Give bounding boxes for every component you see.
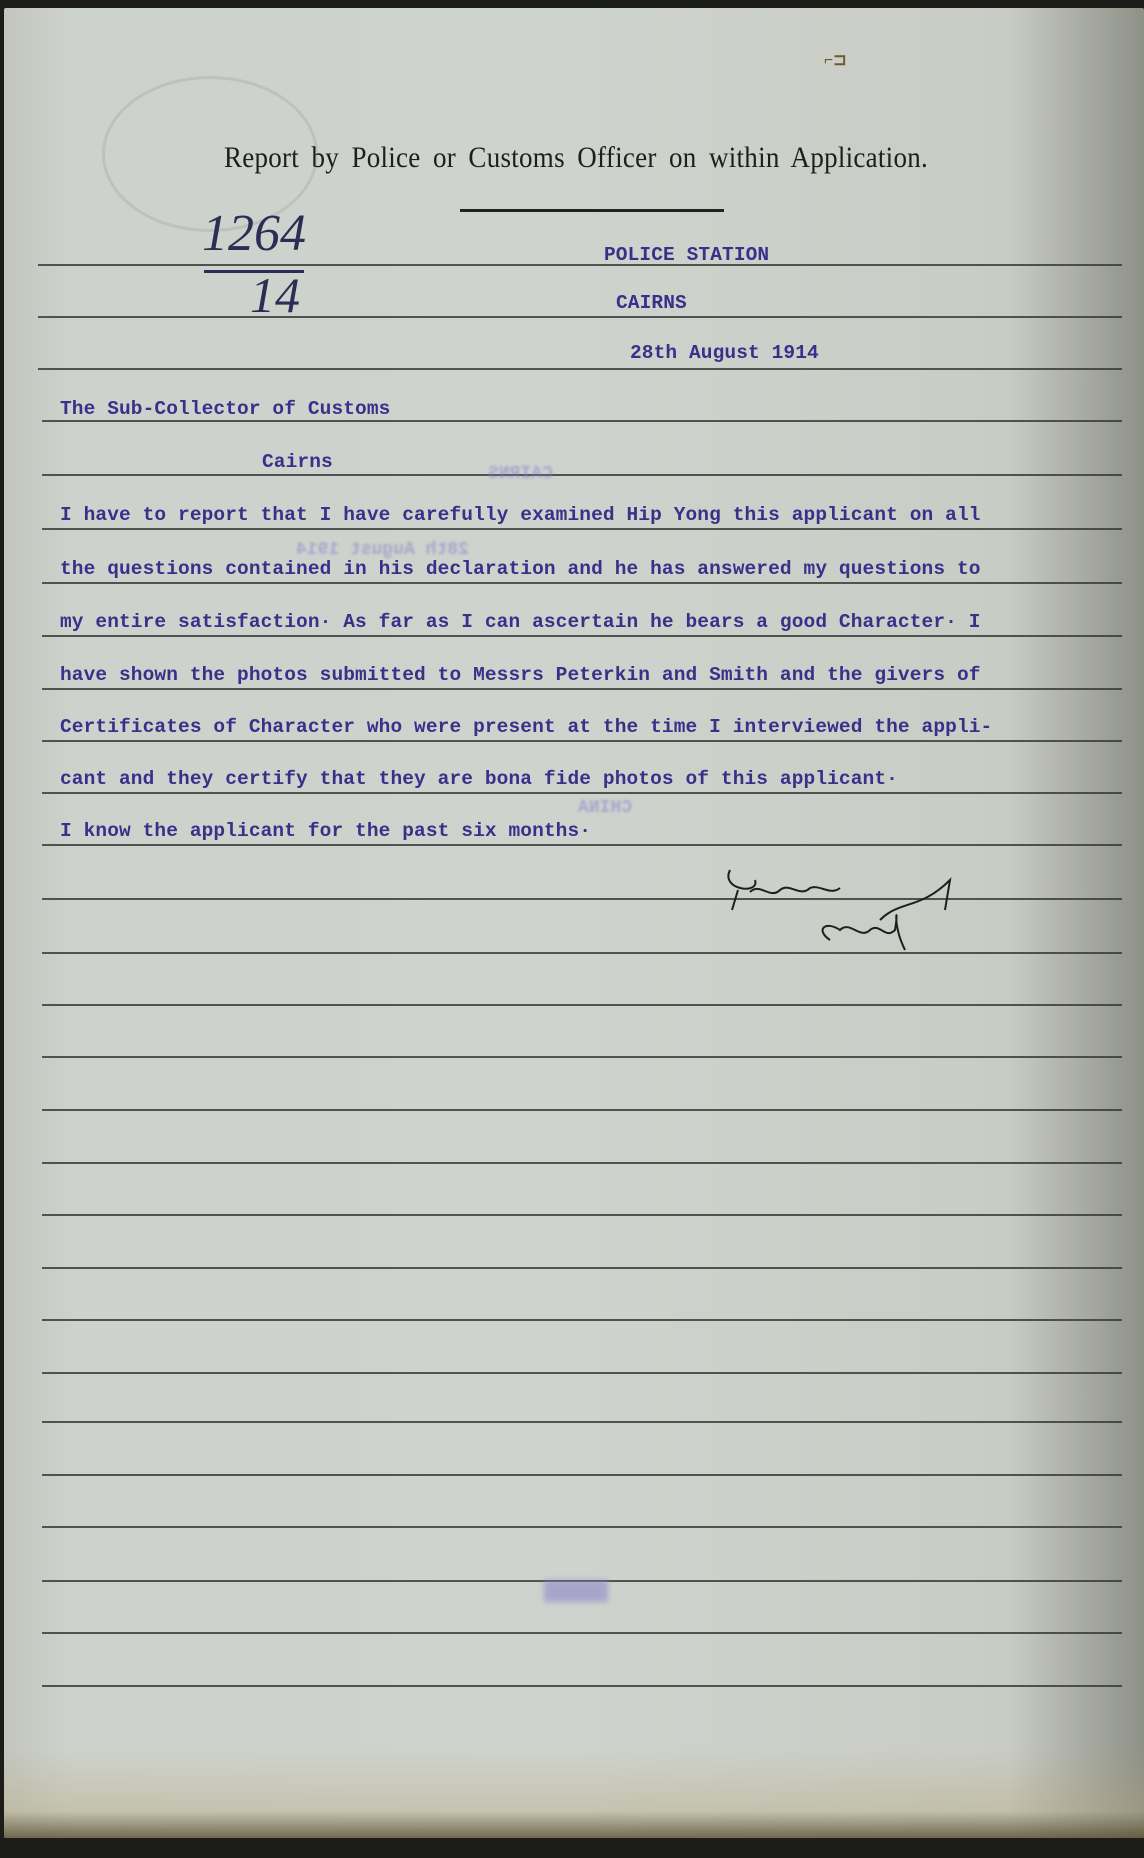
offset-ghost-china: CHINA xyxy=(578,798,632,818)
body-line-4: have shown the photos submitted to Messr… xyxy=(60,664,981,686)
ruled-line xyxy=(42,1526,1122,1528)
ruled-line xyxy=(42,1474,1122,1476)
ruled-line xyxy=(42,844,1122,846)
ruled-line xyxy=(38,368,1122,370)
document-page: ⌐⊐ Report by Police or Customs Officer o… xyxy=(4,8,1144,1838)
ruled-line xyxy=(42,1109,1122,1111)
form-title: Report by Police or Customs Officer on w… xyxy=(61,141,1091,175)
ruled-line xyxy=(42,1267,1122,1269)
ruled-line xyxy=(42,1685,1122,1687)
ruled-line xyxy=(42,1632,1122,1634)
body-line-7: I know the applicant for the past six mo… xyxy=(60,820,591,842)
ruled-line xyxy=(42,1214,1122,1216)
officer-signature: G Hawkes Actg Sgt xyxy=(720,860,970,960)
ruled-line xyxy=(42,1162,1122,1164)
body-line-3: my entire satisfaction· As far as I can … xyxy=(60,611,981,633)
body-line-5: Certificates of Character who were prese… xyxy=(60,716,992,738)
body-line-6: cant and they certify that they are bona… xyxy=(60,768,898,790)
ruled-line xyxy=(42,420,1122,422)
ruled-line xyxy=(42,688,1122,690)
ruled-line xyxy=(42,474,1122,476)
addressee-line-2: Cairns xyxy=(262,451,333,473)
offset-ghost-date: 28th August 1914 xyxy=(296,540,469,560)
offset-ink-smudge xyxy=(544,1580,608,1602)
ruled-line xyxy=(42,528,1122,530)
offset-ghost-cairns: CAIRNS xyxy=(488,464,553,484)
ruled-line xyxy=(42,792,1122,794)
ruled-line xyxy=(38,316,1122,318)
body-line-2: the questions contained in his declarati… xyxy=(60,558,981,580)
ruled-line xyxy=(42,1421,1122,1423)
file-number-numerator: 1264 xyxy=(202,204,306,263)
ruled-line xyxy=(42,635,1122,637)
ruled-line xyxy=(42,1004,1122,1006)
corner-mark-icon: ⌐⊐ xyxy=(824,50,847,70)
report-date: 28th August 1914 xyxy=(630,342,819,364)
body-line-1: I have to report that I have carefully e… xyxy=(60,504,981,526)
station-place: CAIRNS xyxy=(616,292,687,314)
ruled-line xyxy=(42,1372,1122,1374)
ruled-line xyxy=(42,1056,1122,1058)
signature-scrawl-icon xyxy=(720,860,970,960)
addressee-line-1: The Sub-Collector of Customs xyxy=(60,398,390,420)
ruled-line xyxy=(38,264,1122,266)
ruled-line xyxy=(42,740,1122,742)
station-name: POLICE STATION xyxy=(604,244,769,266)
title-divider xyxy=(460,209,724,212)
ruled-line xyxy=(42,582,1122,584)
ruled-line xyxy=(42,1319,1122,1321)
